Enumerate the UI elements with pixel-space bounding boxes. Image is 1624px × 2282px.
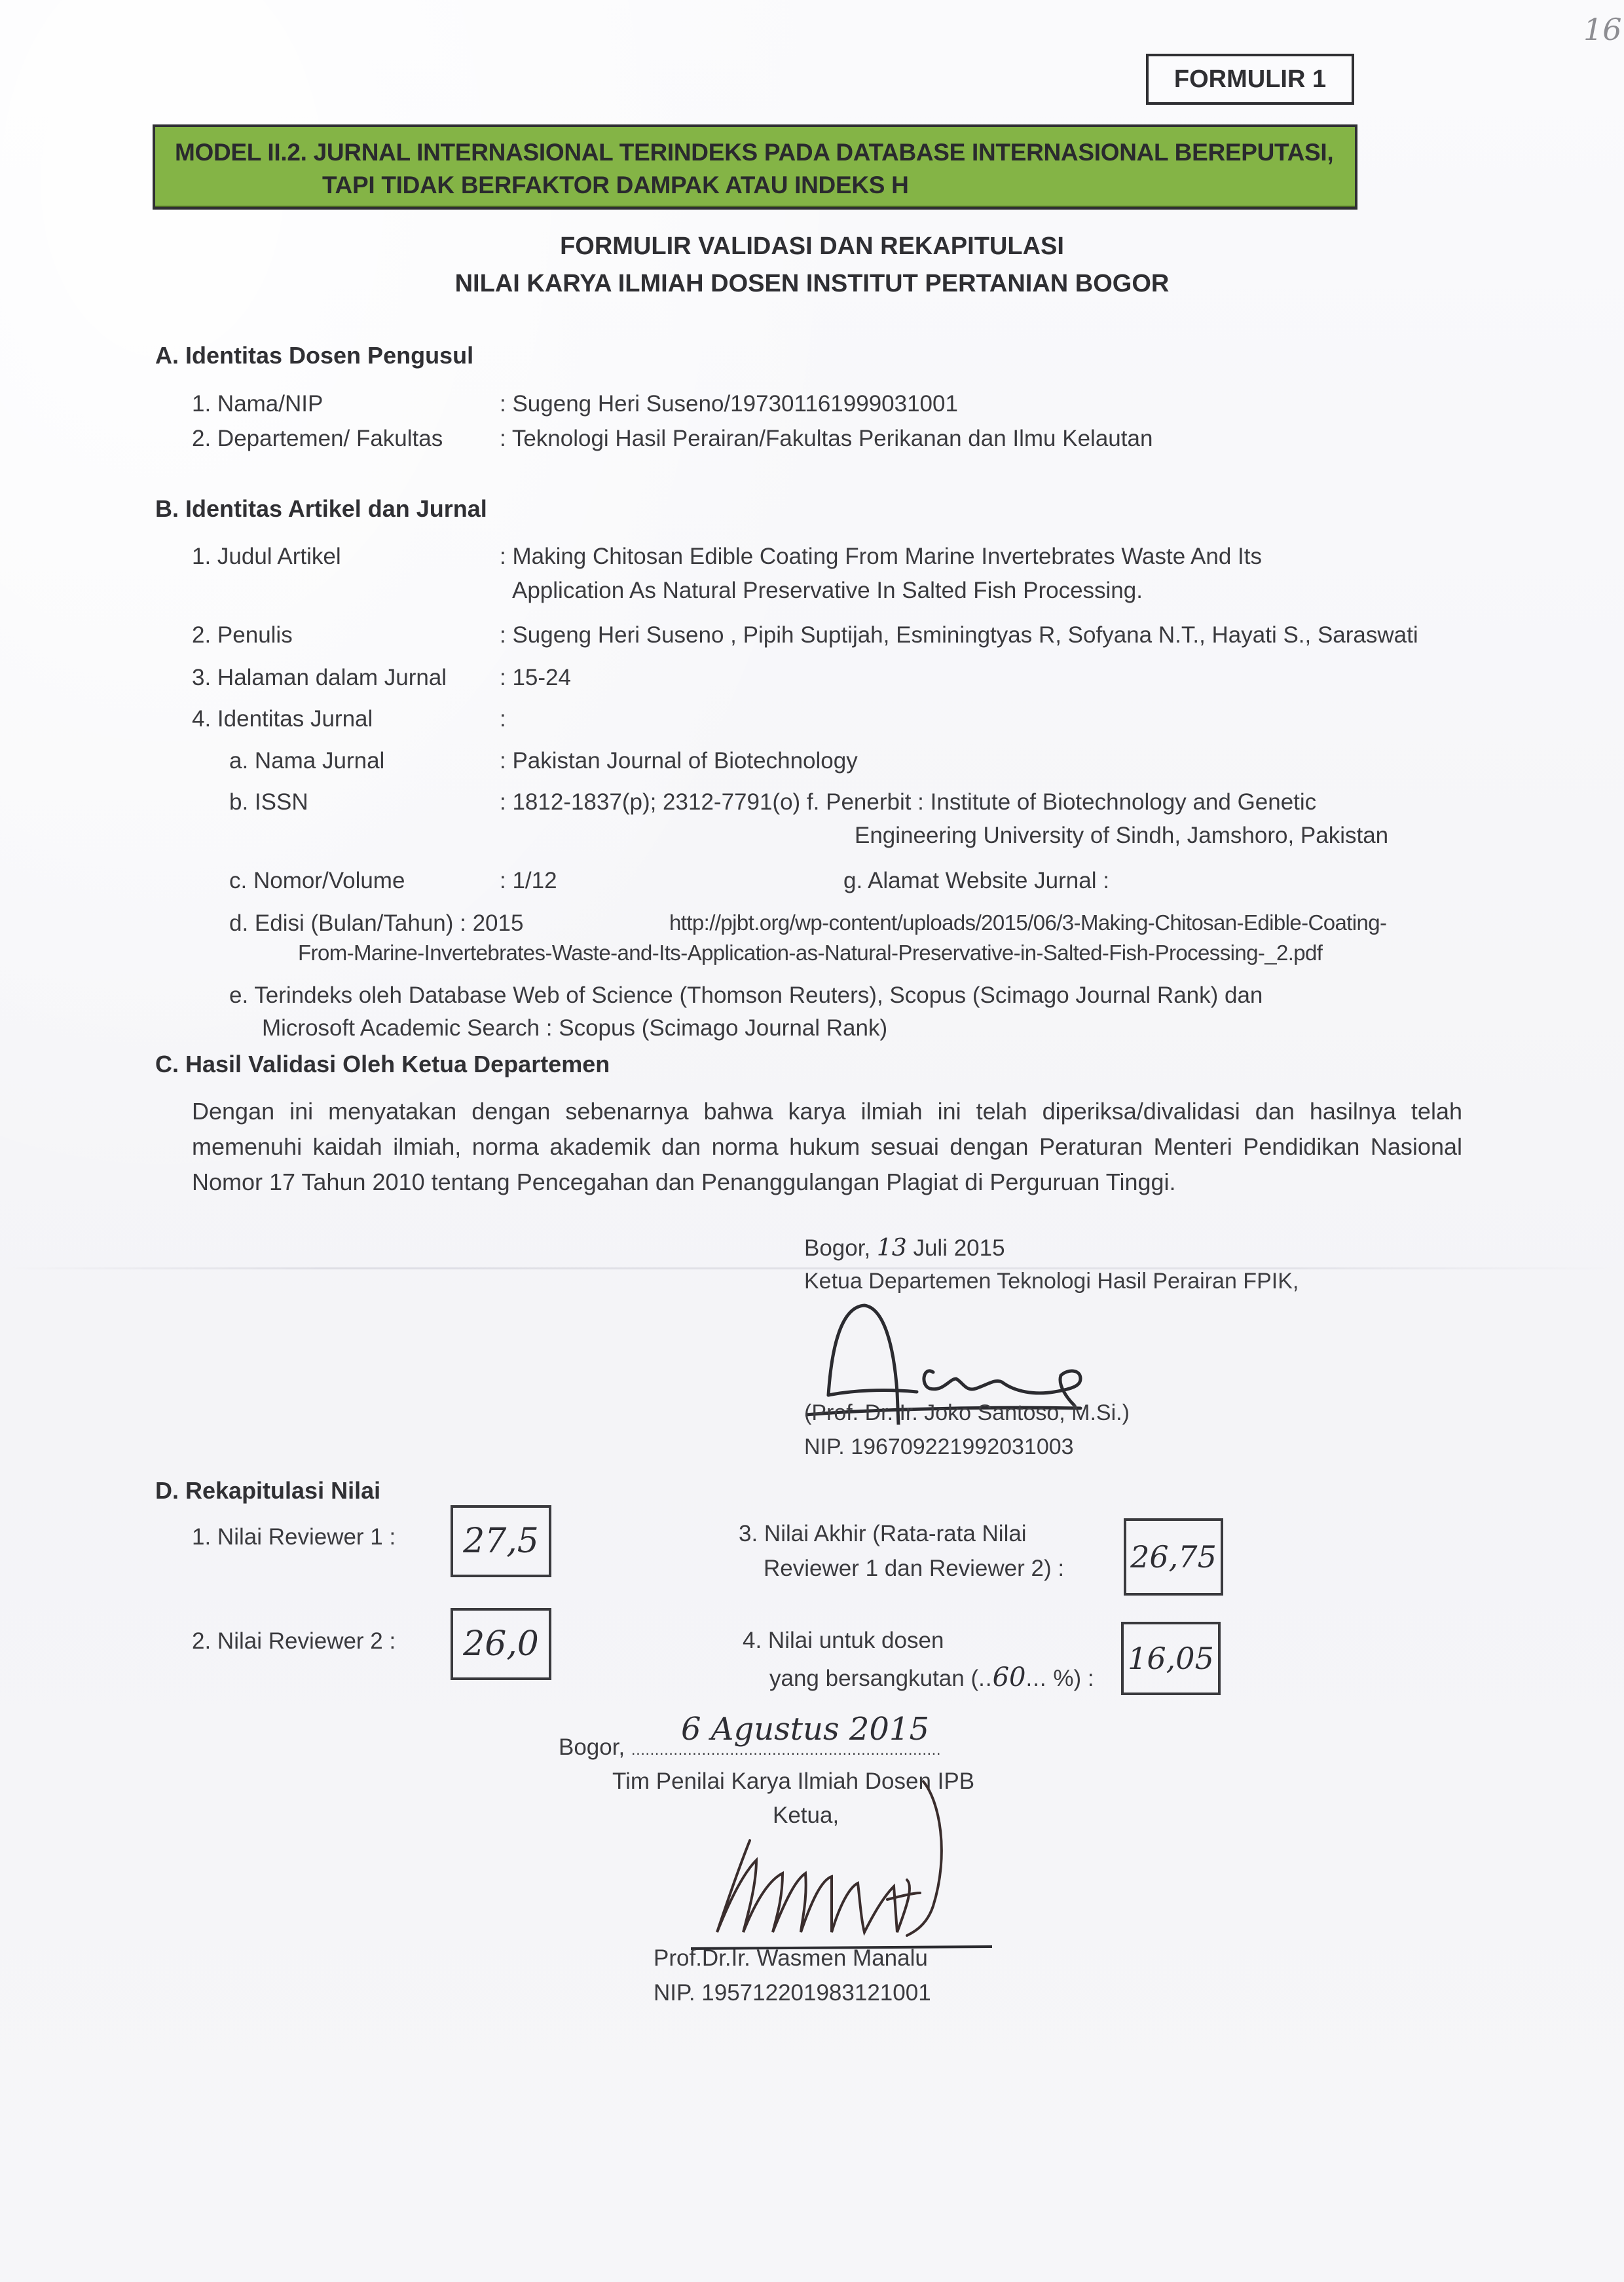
- reviewer-1-score-box[interactable]: 27,5: [451, 1505, 551, 1577]
- reviewer-1-score: 27,5: [463, 1522, 539, 1561]
- page-number: 16: [1583, 12, 1622, 47]
- document-title-line-1: FORMULIR VALIDASI DAN REKAPITULASI: [0, 233, 1624, 261]
- banner-line-1: MODEL II.2. JURNAL INTERNASIONAL TERINDE…: [175, 139, 1333, 166]
- reviewer-2-score: 26,0: [463, 1624, 539, 1664]
- reviewer-2-score-box[interactable]: 26,0: [451, 1608, 551, 1680]
- nama-nip-value: : Sugeng Heri Suseno/197301161999031001: [500, 391, 958, 417]
- dept-place-date: Bogor, 13 Juli 2015: [804, 1235, 1005, 1262]
- team-chair-signature: [691, 1775, 1018, 1952]
- reviewer-2-label: 2. Nilai Reviewer 2 :: [192, 1628, 396, 1655]
- banner-line-2: TAPI TIDAK BERFAKTOR DAMPAK ATAU INDEKS …: [322, 172, 909, 199]
- team-chair-nip: NIP. 195712201983121001: [654, 1980, 931, 2006]
- nomor-volume-value: : 1/12: [500, 868, 557, 894]
- nilai-akhir-line-2: Reviewer 1 dan Reviewer 2) :: [764, 1556, 1064, 1582]
- dept-head-nip: NIP. 196709221992031003: [804, 1434, 1074, 1460]
- website-url-line-2[interactable]: From-Marine-Invertebrates-Waste-and-Its-…: [298, 941, 1322, 965]
- nilai-dosen-percent: 60: [993, 1662, 1026, 1693]
- section-b-heading: B. Identitas Artikel dan Jurnal: [155, 495, 487, 523]
- nama-nip-label: 1. Nama/NIP: [192, 391, 323, 417]
- edisi-label: d. Edisi (Bulan/Tahun) : 2015: [229, 910, 523, 937]
- nilai-dosen-line-2: yang bersangkutan (..60... %) :: [769, 1662, 1094, 1693]
- nilai-dosen-prefix: yang bersangkutan (: [769, 1666, 978, 1691]
- halaman-value: : 15-24: [500, 665, 571, 691]
- team-place-prefix: Bogor,: [559, 1734, 631, 1760]
- nilai-dosen-suffix: %) :: [1047, 1666, 1094, 1691]
- departemen-label: 2. Departemen/ Fakultas: [192, 426, 443, 452]
- document-title-line-2: NILAI KARYA ILMIAH DOSEN INSTITUT PERTAN…: [0, 270, 1624, 298]
- judul-artikel-line-2: Application As Natural Preservative In S…: [512, 578, 1143, 604]
- team-chair-name: Prof.Dr.Ir. Wasmen Manalu: [654, 1945, 928, 1972]
- nilai-dosen-line-1: 4. Nilai untuk dosen: [743, 1628, 944, 1654]
- nilai-akhir-score-box[interactable]: 26,75: [1124, 1518, 1223, 1596]
- dept-position: Ketua Departemen Teknologi Hasil Peraira…: [804, 1269, 1299, 1294]
- identitas-jurnal-label: 4. Identitas Jurnal: [192, 706, 373, 732]
- terindeks-line-2: Microsoft Academic Search : Scopus (Scim…: [262, 1015, 887, 1041]
- judul-artikel-line-1: : Making Chitosan Edible Coating From Ma…: [500, 544, 1262, 570]
- judul-artikel-label: 1. Judul Artikel: [192, 544, 341, 570]
- form-label: FORMULIR 1: [1174, 65, 1326, 94]
- website-label: g. Alamat Website Jurnal :: [843, 868, 1109, 894]
- section-a-heading: A. Identitas Dosen Pengusul: [155, 342, 473, 369]
- form-label-box: FORMULIR 1: [1146, 54, 1354, 105]
- dept-head-name: (Prof. Dr. Ir. Joko Santoso, M.Si.): [804, 1400, 1130, 1426]
- dept-date-handwritten: 13: [877, 1235, 907, 1262]
- section-c-heading: C. Hasil Validasi Oleh Ketua Departemen: [155, 1051, 610, 1078]
- reviewer-1-label: 1. Nilai Reviewer 1 :: [192, 1524, 396, 1550]
- model-banner: MODEL II.2. JURNAL INTERNASIONAL TERINDE…: [153, 124, 1357, 210]
- dept-date-suffix: Juli 2015: [907, 1235, 1005, 1261]
- departemen-value: : Teknologi Hasil Perairan/Fakultas Peri…: [500, 426, 1153, 452]
- identitas-jurnal-colon: :: [500, 706, 506, 732]
- website-url-line-1[interactable]: http://pjbt.org/wp-content/uploads/2015/…: [669, 910, 1386, 935]
- team-date-dots: ........................................…: [631, 1741, 941, 1759]
- nilai-dosen-score: 16,05: [1128, 1641, 1214, 1676]
- nilai-akhir-line-1: 3. Nilai Akhir (Rata-rata Nilai: [739, 1521, 1027, 1547]
- validation-statement: Dengan ini menyatakan dengan sebenarnya …: [192, 1094, 1462, 1200]
- nama-jurnal-value: : Pakistan Journal of Biotechnology: [500, 748, 858, 774]
- penerbit-line-2: Engineering University of Sindh, Jamshor…: [855, 823, 1388, 849]
- team-place-date: Bogor, .................................…: [559, 1734, 941, 1761]
- section-d-heading: D. Rekapitulasi Nilai: [155, 1477, 380, 1505]
- dept-place-prefix: Bogor,: [804, 1235, 877, 1261]
- penulis-label: 2. Penulis: [192, 622, 293, 648]
- nilai-dosen-score-box[interactable]: 16,05: [1121, 1622, 1221, 1695]
- nomor-volume-label: c. Nomor/Volume: [229, 868, 405, 894]
- penulis-value: : Sugeng Heri Suseno , Pipih Suptijah, E…: [500, 622, 1418, 648]
- nilai-akhir-score: 26,75: [1130, 1539, 1217, 1575]
- nama-jurnal-label: a. Nama Jurnal: [229, 748, 384, 774]
- terindeks-line-1: e. Terindeks oleh Database Web of Scienc…: [229, 982, 1263, 1009]
- issn-label: b. ISSN: [229, 789, 308, 815]
- halaman-label: 3. Halaman dalam Jurnal: [192, 665, 447, 691]
- issn-penerbit-value: : 1812-1837(p); 2312-7791(o) f. Penerbit…: [500, 789, 1316, 815]
